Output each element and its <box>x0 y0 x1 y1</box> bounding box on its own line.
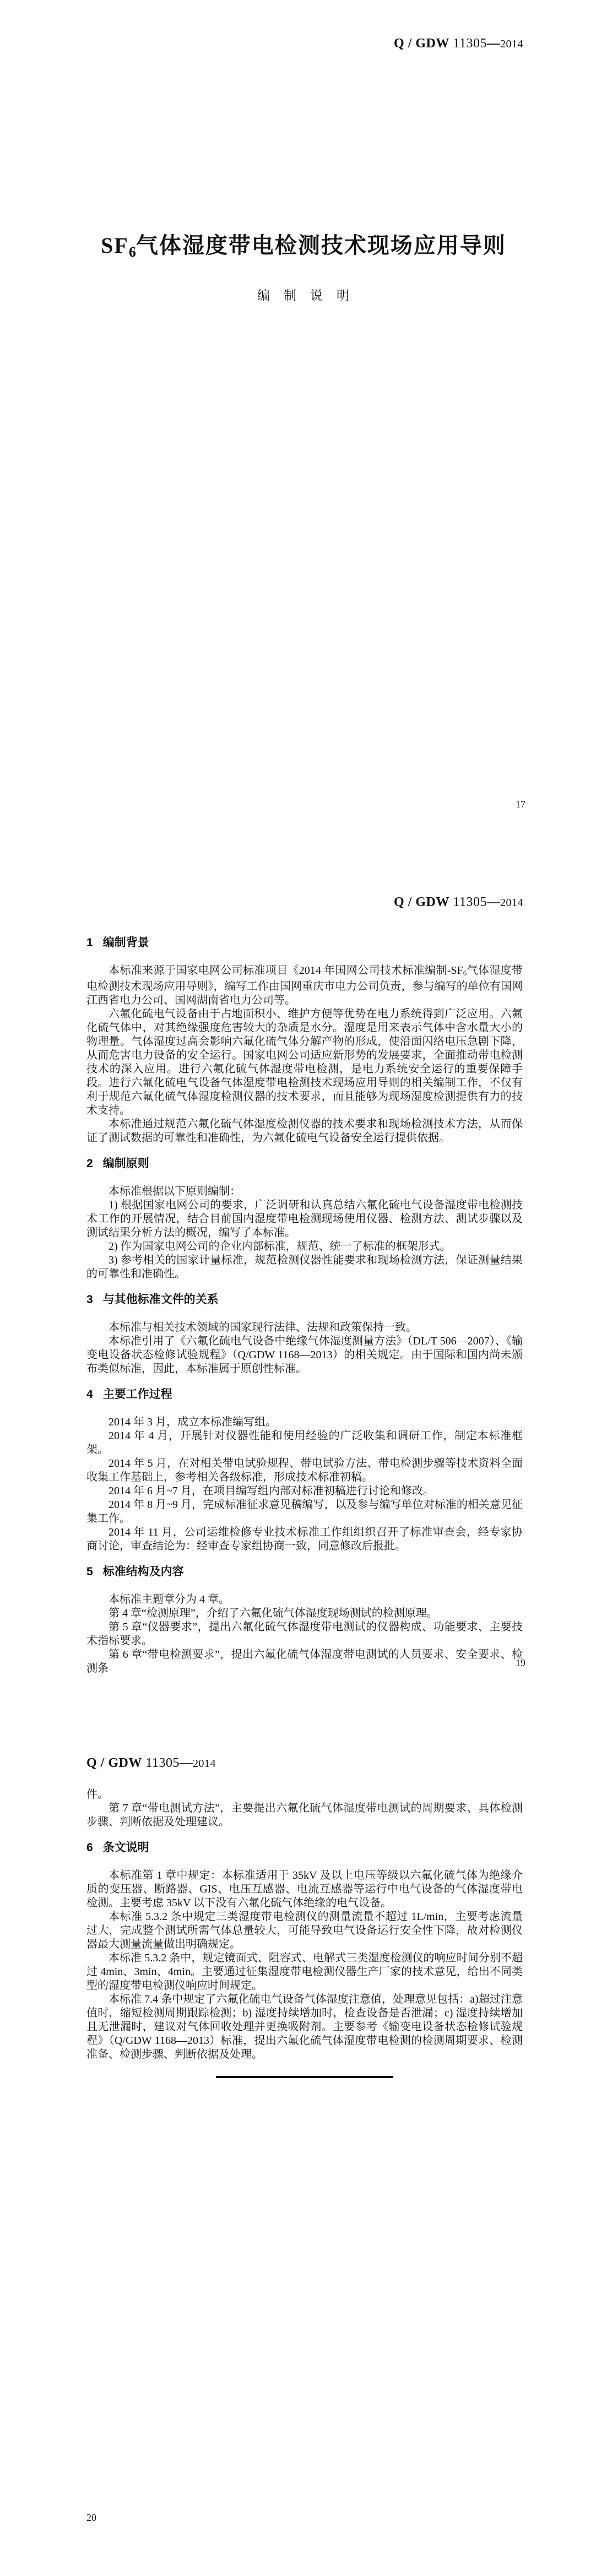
section-number: 4 <box>86 1388 93 1401</box>
standard-code-number: 11305 <box>453 36 487 51</box>
standard-code-dash: — <box>487 36 500 51</box>
page-3-content: 件。 第 7 章“带电测试方法”，主要提出六氟化硫气体湿度带电测试的周期要求、具… <box>86 1788 523 2078</box>
paragraph: 第 6 章“带电检测要求”，提出六氟化硫气体湿度带电测试的人员要求、安全要求、检… <box>86 1648 523 1675</box>
paragraph: 本标准通过规范六氟化硫气体湿度检测仪器的技术要求和现场检测技术方法，从而保证了测… <box>86 1118 523 1145</box>
page-2-content: 1编制背景 本标准来源于国家电网公司标准项目《2014 年国网公司技术标准编制-… <box>86 936 523 1675</box>
standard-code-header: Q / GDW 11305—2014 <box>394 36 523 51</box>
page-1: Q / GDW 11305—2014 SF6气体湿度带电检测技术现场应用导则 编… <box>0 0 607 859</box>
section-heading-5: 5标准结构及内容 <box>86 1565 523 1579</box>
section-heading-2: 2编制原则 <box>86 1157 523 1170</box>
paragraph: 3) 参考相关的国家计量标准，规范检测仪器性能要求和现场检测方法，保证测量结果的… <box>86 1254 523 1281</box>
page-number: 19 <box>516 1657 525 1669</box>
paragraph: 本标准主题章分为 4 章。 <box>86 1593 523 1607</box>
section-title: 条文说明 <box>103 1841 149 1854</box>
page-2: Q / GDW 11305—2014 1编制背景 本标准来源于国家电网公司标准项… <box>0 859 607 1717</box>
document-subtitle: 编 制 说 明 <box>0 285 607 303</box>
section-title: 主要工作过程 <box>103 1388 172 1401</box>
section-number: 2 <box>86 1157 93 1170</box>
section-heading-4: 4主要工作过程 <box>86 1387 523 1401</box>
section-heading-6: 6条文说明 <box>86 1841 523 1854</box>
paragraph: 2014 年 5 月，在对相关带电试验规程、带电试验方法、带电检测步骤等技术资料… <box>86 1457 523 1484</box>
document-canvas: Q / GDW 11305—2014 SF6气体湿度带电检测技术现场应用导则 编… <box>0 0 607 2576</box>
paragraph: 本标准与相关技术领域的国家现行法律、法规和政策保持一致。 <box>86 1321 523 1335</box>
paragraph-text: 本标准来源于国家电网公司标准项目《2014 年国网公司技术标准编制-SF <box>109 964 463 977</box>
paragraph: 六氟化硫电气设备由于占地面积小、维护方便等优势在电力系统得到广泛应用。六氟化硫气… <box>86 1007 523 1118</box>
standard-code-number: 11305 <box>453 895 487 909</box>
paragraph: 2014 年 11 月，公司运维检修专业技术标准工作组组织召开了标准审查会，经专… <box>86 1526 523 1553</box>
title-suffix: 气体湿度带电检测技术现场应用导则 <box>136 233 506 258</box>
standard-code-year: 2014 <box>193 1758 216 1770</box>
paragraph: 本标准第 1 章中规定：本标准适用于 35kV 及以上电压等级以六氟化硫气体为绝… <box>86 1869 523 1910</box>
paragraph: 2014 年 4 月，开展针对仪器性能和使用经验的广泛收集和调研工作，制定本标准… <box>86 1429 523 1457</box>
standard-code-year: 2014 <box>500 897 523 909</box>
standard-code-prefix: Q / GDW <box>394 36 449 51</box>
standard-code-number: 11305 <box>145 1756 180 1770</box>
paragraph: 2014 年 8 月~9 月，完成标准征求意见稿编写，以及参与编写单位对标准的相… <box>86 1498 523 1526</box>
paragraph: 第 7 章“带电测试方法”，主要提出六氟化硫气体湿度带电测试的周期要求、具体检测… <box>86 1802 523 1829</box>
paragraph: 本标准引用了《六氟化硫电气设备中绝缘气体湿度测量方法》（DL/T 506—200… <box>86 1335 523 1376</box>
paragraph: 本标准 5.3.2 条中规定三类湿度带电检测仪的测量流量不超过 1L/min，主… <box>86 1910 523 1951</box>
section-number: 5 <box>86 1565 93 1578</box>
standard-code-prefix: Q / GDW <box>86 1756 142 1770</box>
standard-code-year: 2014 <box>500 38 523 50</box>
paragraph: 本标准根据以下原则编制： <box>86 1185 523 1198</box>
page-number: 17 <box>516 799 525 810</box>
section-title: 标准结构及内容 <box>103 1565 184 1578</box>
section-heading-3: 3与其他标准文件的关系 <box>86 1293 523 1306</box>
paragraph-continuation: 件。 <box>86 1788 523 1802</box>
standard-code-header: Q / GDW 11305—2014 <box>86 1756 216 1771</box>
document-title: SF6气体湿度带电检测技术现场应用导则 <box>0 228 607 261</box>
paragraph: 第 5 章“仪器要求”，提出六氟化硫气体湿度带电测试的仪器构成、功能要求、主要技… <box>86 1620 523 1648</box>
title-prefix: SF <box>101 233 129 258</box>
paragraph: 2014 年 6 月~7 月，在项目编写组内部对标准初稿进行讨论和修改。 <box>86 1484 523 1498</box>
paragraph: 2014 年 3 月，成立本标准编写组。 <box>86 1416 523 1429</box>
standard-code-prefix: Q / GDW <box>394 895 449 909</box>
section-title: 与其他标准文件的关系 <box>103 1293 219 1306</box>
section-title: 编制背景 <box>103 936 149 949</box>
paragraph: 本标准 5.3.2 条中，规定镜面式、阻容式、电解式三类湿度检测仪的响应时间分别… <box>86 1951 523 1993</box>
section-number: 1 <box>86 936 93 949</box>
paragraph: 2) 作为国家电网公司的企业内部标准，规范、统一了标准的框架形式。 <box>86 1240 523 1254</box>
page-3: Q / GDW 11305—2014 件。 第 7 章“带电测试方法”，主要提出… <box>0 1717 607 2576</box>
page-number: 20 <box>86 2512 96 2524</box>
paragraph: 第 4 章“检测原理”，介绍了六氟化硫气体湿度现场测试的检测原理。 <box>86 1607 523 1620</box>
paragraph: 本标准 7.4 条中规定了六氟化硫电气设备气体湿度注意值，处理意见包括：a)超过… <box>86 1993 523 2062</box>
section-number: 3 <box>86 1293 93 1306</box>
standard-code-dash: — <box>180 1756 193 1770</box>
section-title: 编制原则 <box>103 1157 149 1170</box>
paragraph: 1) 根据国家电网公司的要求，广泛调研和认真总结六氟化硫电气设备湿度带电检测技术… <box>86 1198 523 1240</box>
paragraph: 本标准来源于国家电网公司标准项目《2014 年国网公司技术标准编制-SF6气体湿… <box>86 964 523 1007</box>
standard-code-header: Q / GDW 11305—2014 <box>394 895 523 910</box>
section-heading-1: 1编制背景 <box>86 936 523 950</box>
end-of-document-rule <box>216 2076 393 2078</box>
standard-code-dash: — <box>487 895 500 909</box>
section-number: 6 <box>86 1841 93 1854</box>
title-subscript: 6 <box>129 244 136 260</box>
